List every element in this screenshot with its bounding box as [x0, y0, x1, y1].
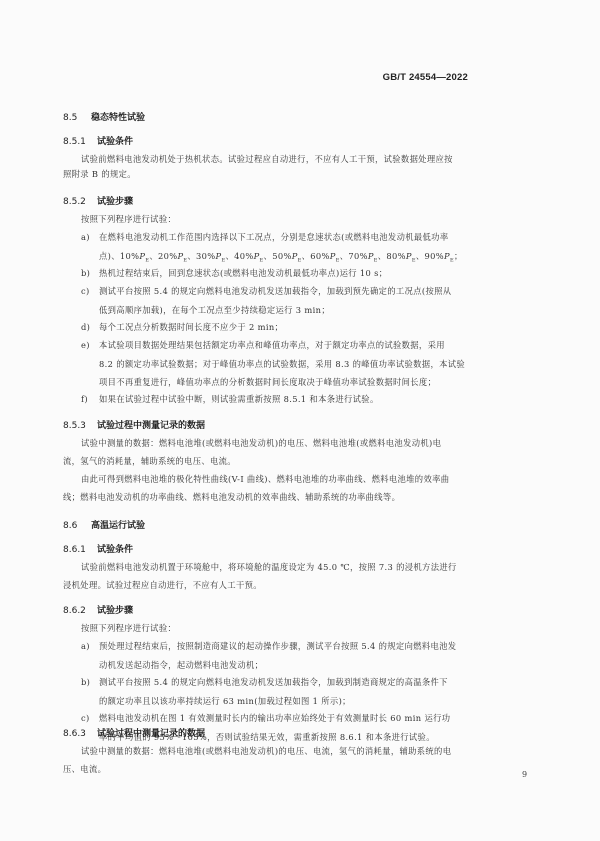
section-heading-8-5-2: 8.5.2试验步骤: [63, 194, 133, 207]
list-item-line: 测试平台按照 5.4 的规定向燃料电池发动机发送加载指令，加载到制造商规定的高温…: [99, 673, 541, 692]
list-marker: f): [81, 390, 97, 409]
list-item-b: b) 测试平台按照 5.4 的规定向燃料电池发动机发送加载指令，加载到制造商规定…: [81, 673, 541, 710]
section-number: 8.5.2: [63, 197, 97, 207]
paragraph-line: 线；燃料电池发动机的功率曲线、燃料电池发动机的效率曲线、辅助系统的功率曲线等。: [63, 488, 541, 507]
list-marker: b): [81, 673, 97, 692]
list-item-b: b) 热机过程结束后，回到怠速状态(或燃料电池发动机最低功率点)运行 10 s；: [81, 264, 541, 283]
list-item-e: e) 本试验项目数据处理结果包括额定功率点和峰值功率点，对于额定功率点的试验数据…: [81, 336, 541, 392]
list-marker: a): [81, 228, 97, 247]
section-heading-8-5-3: 8.5.3试验过程中测量记录的数据: [63, 418, 205, 431]
section-heading-8-6-1: 8.6.1试验条件: [63, 542, 133, 555]
section-title: 试验步骤: [97, 197, 133, 207]
paragraph: 照附录 B 的规定。: [63, 165, 541, 184]
list-item-line: 如果在试验过程中试验中断，则试验需重新按照 8.5.1 和本条进行试验。: [99, 390, 541, 409]
paragraph-line: 由此可得到燃料电池堆的极化特性曲线(V-I 曲线)、燃料电池堆的功率曲线、燃料电…: [63, 470, 541, 489]
list-item-line: 项目不再重复进行，峰值功率点的分析数据时间长度取决于峰值功率试验数据时间长度；: [99, 373, 541, 392]
list-item-line: 热机过程结束后，回到怠速状态(或燃料电池发动机最低功率点)运行 10 s；: [99, 264, 541, 283]
list-item-line: 燃料电池发动机在图 1 有效测量时长内的输出功率应始终处于有效测量时长 60 m…: [99, 709, 541, 728]
list-marker: d): [81, 318, 97, 337]
paragraph-line: 压、电流。: [63, 760, 541, 779]
section-number: 8.6.3: [63, 729, 97, 739]
document-page: GB/T 24554—2022 8.5稳态特性试验 8.5.1试验条件 试验前燃…: [0, 0, 600, 841]
paragraph-line: 试验中测量的数据：燃料电池堆(或燃料电池发动机)的电压、燃料电池堆(或燃料电池发…: [63, 434, 541, 453]
list-item-line: 测试平台按照 5.4 的规定向燃料电池发动机发送加载指令，加载到预先确定的工况点…: [99, 282, 541, 301]
paragraph-line: 流，氢气的消耗量，辅助系统的电压、电流。: [63, 452, 541, 471]
list-item-line: 在燃料电池发动机工作范围内选择以下工况点，分别是怠速状态(或燃料电池发动机最低功…: [99, 228, 541, 247]
paragraph-line: 试验前燃料电池发动机置于环境舱中，将环境舱的温度设定为 45.0 ℃，按照 7.…: [63, 558, 541, 577]
section-title: 试验步骤: [97, 606, 133, 616]
page-number: 9: [522, 770, 527, 779]
standard-number: GB/T 24554—2022: [383, 72, 468, 83]
section-number: 8.5: [63, 113, 91, 123]
section-heading-8-5: 8.5稳态特性试验: [63, 110, 145, 123]
list-item-line: 低到高顺序加载)，在每个工况点至少持续稳定运行 3 min；: [99, 301, 541, 320]
paragraph-line: 浸机处理。试验过程应自动进行，不应有人工干预。: [63, 576, 541, 595]
list-item-line: 的额定功率且以该功率持续运行 63 min(加载过程如图 1 所示)；: [99, 692, 541, 711]
section-title: 试验条件: [97, 137, 133, 147]
section-number: 8.5.3: [63, 421, 97, 431]
list-item-c: c) 测试平台按照 5.4 的规定向燃料电池发动机发送加载指令，加载到预先确定的…: [81, 282, 541, 319]
section-heading-8-6-3: 8.6.3试验过程中测量记录的数据: [63, 726, 205, 739]
list-item-line: 本试验项目数据处理结果包括额定功率点和峰值功率点，对于额定功率点的试验数据，采用: [99, 336, 541, 355]
list-item-f: f) 如果在试验过程中试验中断，则试验需重新按照 8.5.1 和本条进行试验。: [81, 390, 541, 409]
paragraph-line: 试验中测量的数据：燃料电池堆(或燃料电池发动机)的电压、电流，氢气的消耗量，辅助…: [63, 742, 541, 761]
section-number: 8.5.1: [63, 137, 97, 147]
list-marker: c): [81, 709, 97, 728]
list-intro: 按照下列程序进行试验：: [63, 210, 541, 229]
list-item-line: 每个工况点分析数据时间长度不应少于 2 min；: [99, 318, 541, 337]
section-heading-8-6-2: 8.6.2试验步骤: [63, 603, 133, 616]
list-intro: 按照下列程序进行试验：: [63, 619, 541, 638]
list-item-a: a) 预处理过程结束后，按照制造商建议的起动操作步骤，测试平台按照 5.4 的规…: [81, 637, 541, 674]
section-number: 8.6.2: [63, 606, 97, 616]
section-heading-8-5-1: 8.5.1试验条件: [63, 134, 133, 147]
list-item-d: d) 每个工况点分析数据时间长度不应少于 2 min；: [81, 318, 541, 337]
section-title: 试验过程中测量记录的数据: [97, 421, 205, 431]
section-heading-8-6: 8.6高温运行试验: [63, 518, 145, 531]
list-marker: c): [81, 282, 97, 301]
list-item-line: 预处理过程结束后，按照制造商建议的起动操作步骤，测试平台按照 5.4 的规定向燃…: [99, 637, 541, 656]
list-marker: b): [81, 264, 97, 283]
list-marker: e): [81, 336, 97, 355]
list-item-line: 8.2 的额定功率试验数据；对于峰值功率点的试验数据，采用 8.3 的峰值功率试…: [99, 355, 541, 374]
list-marker: a): [81, 637, 97, 656]
section-title: 试验条件: [97, 545, 133, 555]
list-item-line: 动机发送起动指令，起动燃料电池发动机；: [99, 656, 541, 675]
section-title: 高温运行试验: [91, 521, 145, 531]
section-number: 8.6.1: [63, 545, 97, 555]
paragraph-line: 照附录 B 的规定。: [63, 165, 541, 184]
section-title: 试验过程中测量记录的数据: [97, 729, 205, 739]
section-title: 稳态特性试验: [91, 113, 145, 123]
section-number: 8.6: [63, 521, 91, 531]
